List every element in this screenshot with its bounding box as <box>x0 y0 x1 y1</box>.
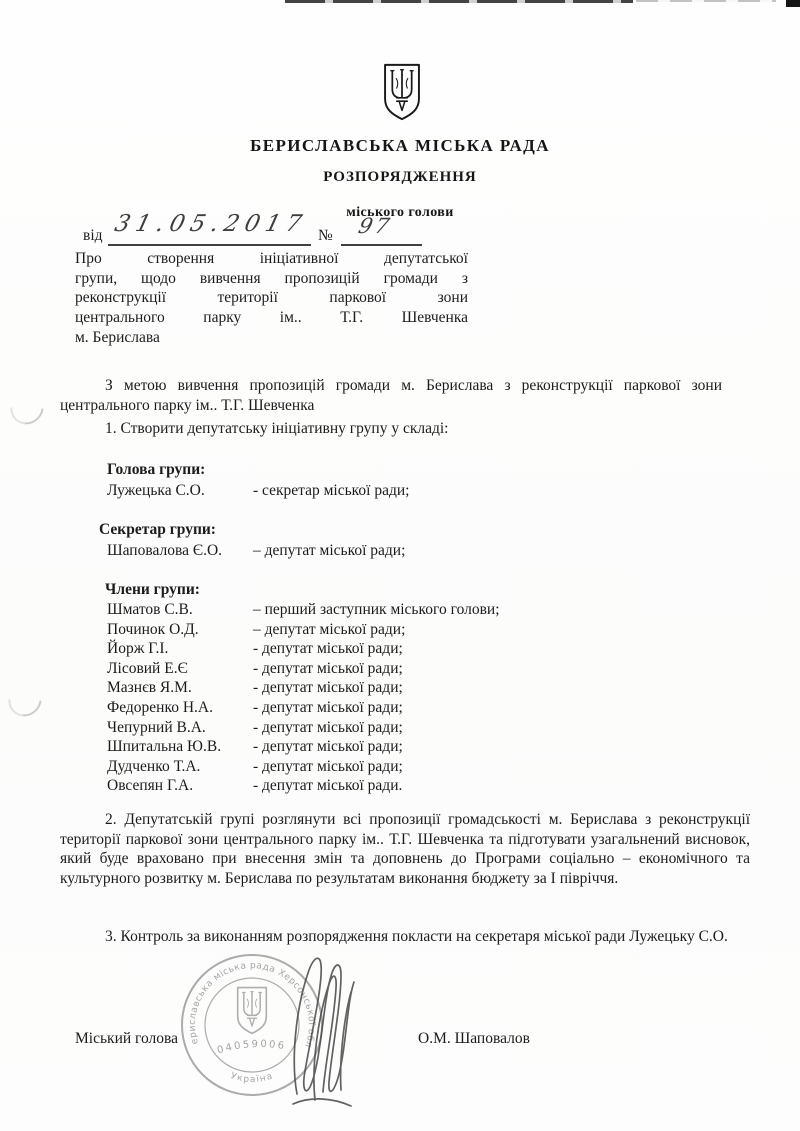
scan-artifact-top-line-faint <box>636 0 776 2</box>
date-underline <box>108 244 311 246</box>
member-name: Йорж Г.І. <box>107 640 253 658</box>
member-role: - депутат міської ради; <box>253 758 403 776</box>
stamp-code-text: 04059006 <box>216 1039 287 1056</box>
subject-block: Про створення ініціативної депутатської … <box>75 249 468 348</box>
member-name: Федоренко Н.А. <box>107 699 253 717</box>
handwritten-signature-ink <box>281 944 376 1112</box>
member-role: – перший заступник міського голови; <box>253 601 500 619</box>
scan-artifact-corner-mark <box>786 0 800 7</box>
member-row: Шпитальна Ю.В.- депутат міської ради; <box>107 738 500 758</box>
handwritten-number: 97 <box>356 214 395 238</box>
member-row: Йорж Г.І.- депутат міської ради; <box>107 640 500 660</box>
signature-position-title: Міський голова <box>75 1030 178 1048</box>
group-head-label: Голова групи: <box>107 461 205 479</box>
members-list: Шматов С.В.– перший заступник міського г… <box>107 601 500 797</box>
member-name: Мазнєв Я.М. <box>107 679 253 697</box>
group-secretary-label: Секретар групи: <box>99 521 216 539</box>
member-row: Федоренко Н.А.- депутат міської ради; <box>107 699 500 719</box>
member-row: Шматов С.В.– перший заступник міського г… <box>107 601 500 621</box>
member-name: Лісовий Е.Є <box>107 660 253 678</box>
subject-line: центрального парку ім.. Т.Г. Шевченка <box>75 308 468 328</box>
group-head-row: Лужецька С.О. - секретар міської ради; <box>107 482 409 500</box>
member-role: - депутат міської ради; <box>253 679 403 697</box>
subject-line: групи, щодо вивчення пропозицій громади … <box>75 269 468 289</box>
member-row: Чепурний В.А.- депутат міської ради; <box>107 719 500 739</box>
item-3-paragraph: 3. Контроль за виконанням розпорядження … <box>60 927 750 947</box>
member-name: Шматов С.В. <box>107 601 253 619</box>
member-name: Овсепян Г.А. <box>107 777 253 795</box>
hole-punch-mark <box>4 385 51 431</box>
member-role: - депутат міської ради; <box>253 640 403 658</box>
member-role: - депутат міської ради; <box>253 719 403 737</box>
scanned-document-page: БЕРИСЛАВСЬКА МІСЬКА РАДА РОЗПОРЯДЖЕННЯ м… <box>0 0 800 1131</box>
member-row: Овсепян Г.А.- депутат міської ради. <box>107 777 500 797</box>
hole-punch-mark <box>2 677 49 723</box>
member-role: - депутат міської ради; <box>253 699 403 717</box>
member-name: Шпитальна Ю.В. <box>107 738 253 756</box>
item-1-paragraph: 1. Створити депутатську ініціативну груп… <box>60 419 750 439</box>
member-name: Дудченко Т.А. <box>107 758 253 776</box>
document-type-title: РОЗПОРЯДЖЕННЯ <box>0 169 800 186</box>
member-row: Лісовий Е.Є- депутат міської ради; <box>107 660 500 680</box>
member-role: – депутат міської ради; <box>253 542 405 560</box>
group-members-label: Члени групи: <box>105 581 200 599</box>
member-role: - депутат міської ради. <box>253 777 402 795</box>
member-name: Лужецька С.О. <box>107 482 253 500</box>
member-role: – депутат міської ради; <box>253 621 405 639</box>
member-role: - депутат міської ради; <box>253 738 403 756</box>
number-label: № <box>318 227 333 245</box>
item-2-paragraph: 2. Депутатській групі розглянути всі про… <box>60 810 750 888</box>
date-label: від <box>83 227 103 245</box>
member-row: Дудченко Т.А.- депутат міської ради; <box>107 758 500 778</box>
scan-artifact-top-line <box>285 0 633 3</box>
member-row: Починок О.Д.– депутат міської ради; <box>107 621 500 641</box>
member-name: Шаповалова Є.О. <box>107 542 253 560</box>
intro-paragraph: З метою вивчення пропозицій громади м. Б… <box>60 376 722 415</box>
subject-line: реконструкції території паркової зони <box>75 288 468 308</box>
subject-line: м. Берислава <box>75 328 468 348</box>
ukraine-trident-emblem-icon <box>380 62 424 122</box>
member-name: Починок О.Д. <box>107 621 253 639</box>
handwritten-date: 31.05.2017 <box>112 211 310 237</box>
member-row: Мазнєв Я.М.- депутат міської ради; <box>107 679 500 699</box>
stamp-trident-icon <box>238 988 267 1034</box>
org-title: БЕРИСЛАВСЬКА МІСЬКА РАДА <box>0 136 800 156</box>
signature-name: О.М. Шаповалов <box>418 1030 530 1048</box>
member-role: - депутат міської ради; <box>253 660 403 678</box>
subject-line: Про створення ініціативної депутатської <box>75 249 468 269</box>
member-role: - секретар міської ради; <box>253 482 409 500</box>
member-name: Чепурний В.А. <box>107 719 253 737</box>
group-secretary-row: Шаповалова Є.О. – депутат міської ради; <box>107 542 405 560</box>
number-underline <box>341 244 422 246</box>
